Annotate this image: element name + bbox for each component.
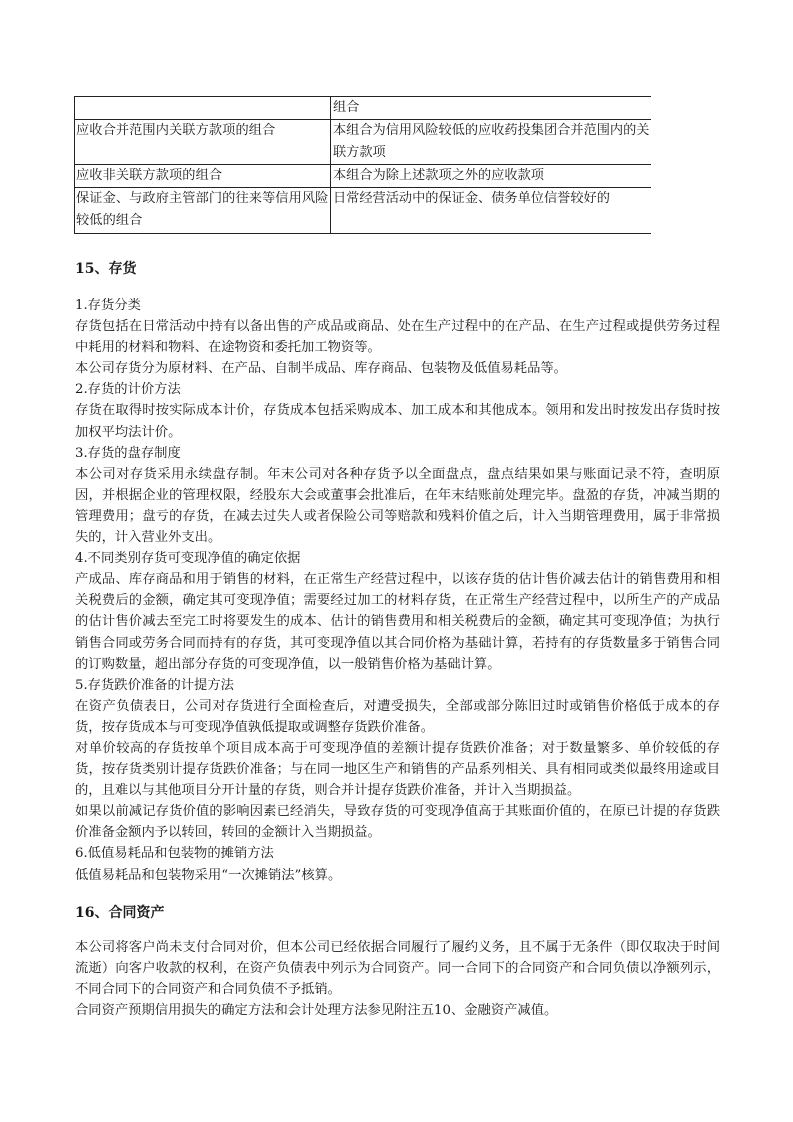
table-cell-desc: 本组合为信用风险较低的应收药投集团合并范围内的关联方款项: [330, 120, 651, 164]
paragraph: 本公司将客户尚未支付合同对价，但本公司已经依据合同履行了履约义务，且不属于无条件…: [75, 937, 720, 1000]
subheading: 2.存货的计价方法: [75, 379, 720, 400]
paragraph: 低值易耗品和包装物采用“一次摊销法”核算。: [75, 865, 720, 886]
subheading: 5.存货跌价准备的计提方法: [75, 675, 720, 696]
table-cell-desc: 本组合为除上述款项之外的应收款项: [330, 165, 651, 187]
section-heading-inventory: 15、存货: [75, 259, 136, 279]
paragraph: 存货包括在日常活动中持有以备出售的产成品或商品、处在生产过程中的在产品、在生产过…: [75, 316, 720, 358]
table-row: 应收非关联方款项的组合 本组合为除上述款项之外的应收款项: [74, 164, 651, 187]
section-body-inventory: 1.存货分类 存货包括在日常活动中持有以备出售的产成品或商品、处在生产过程中的在…: [75, 295, 720, 886]
table-row: 组合: [74, 96, 651, 119]
table-cell-desc: 日常经营活动中的保证金、债务单位信誉较好的: [330, 188, 651, 233]
paragraph: 产成品、库存商品和用于销售的材料，在正常生产经营过程中，以该存货的估计售价减去估…: [75, 569, 720, 674]
document-page: 组合 应收合并范围内关联方款项的组合 本组合为信用风险较低的应收药投集团合并范围…: [0, 0, 793, 1122]
subheading: 6.低值易耗品和包装物的摊销方法: [75, 843, 720, 864]
table-cell-name: [74, 97, 330, 119]
paragraph: 本公司对存货采用永续盘存制。年末公司对各种存货予以全面盘点，盘点结果如果与账面记…: [75, 464, 720, 548]
paragraph: 对单价较高的存货按单个项目成本高于可变现净值的差额计提存货跌价准备；对于数量繁多…: [75, 738, 720, 801]
subheading: 1.存货分类: [75, 295, 720, 316]
subheading: 3.存货的盘存制度: [75, 443, 720, 464]
receivables-portfolio-table: 组合 应收合并范围内关联方款项的组合 本组合为信用风险较低的应收药投集团合并范围…: [74, 96, 651, 234]
section-heading-contract-assets: 16、合同资产: [75, 903, 164, 923]
subheading: 4.不同类别存货可变现净值的确定依据: [75, 548, 720, 569]
paragraph: 在资产负债表日，公司对存货进行全面检查后，对遭受损失，全部或部分陈旧过时或销售价…: [75, 696, 720, 738]
paragraph: 合同资产预期信用损失的确定方法和会计处理方法参见附注五10、金融资产减值。: [75, 1000, 720, 1021]
table-cell-name: 保证金、与政府主管部门的往来等信用风险较低的组合: [74, 188, 330, 233]
paragraph: 如果以前减记存货价值的影响因素已经消失，导致存货的可变现净值高于其账面价值的，在…: [75, 801, 720, 843]
table-cell-name: 应收非关联方款项的组合: [74, 165, 330, 187]
section-body-contract-assets: 本公司将客户尚未支付合同对价，但本公司已经依据合同履行了履约义务，且不属于无条件…: [75, 937, 720, 1021]
table-cell-name: 应收合并范围内关联方款项的组合: [74, 120, 330, 164]
paragraph: 本公司存货分为原材料、在产品、自制半成品、库存商品、包装物及低值易耗品等。: [75, 358, 720, 379]
table-row: 保证金、与政府主管部门的往来等信用风险较低的组合 日常经营活动中的保证金、债务单…: [74, 187, 651, 234]
table-cell-desc: 组合: [330, 97, 651, 119]
table-row: 应收合并范围内关联方款项的组合 本组合为信用风险较低的应收药投集团合并范围内的关…: [74, 119, 651, 164]
paragraph: 存货在取得时按实际成本计价，存货成本包括采购成本、加工成本和其他成本。领用和发出…: [75, 400, 720, 442]
